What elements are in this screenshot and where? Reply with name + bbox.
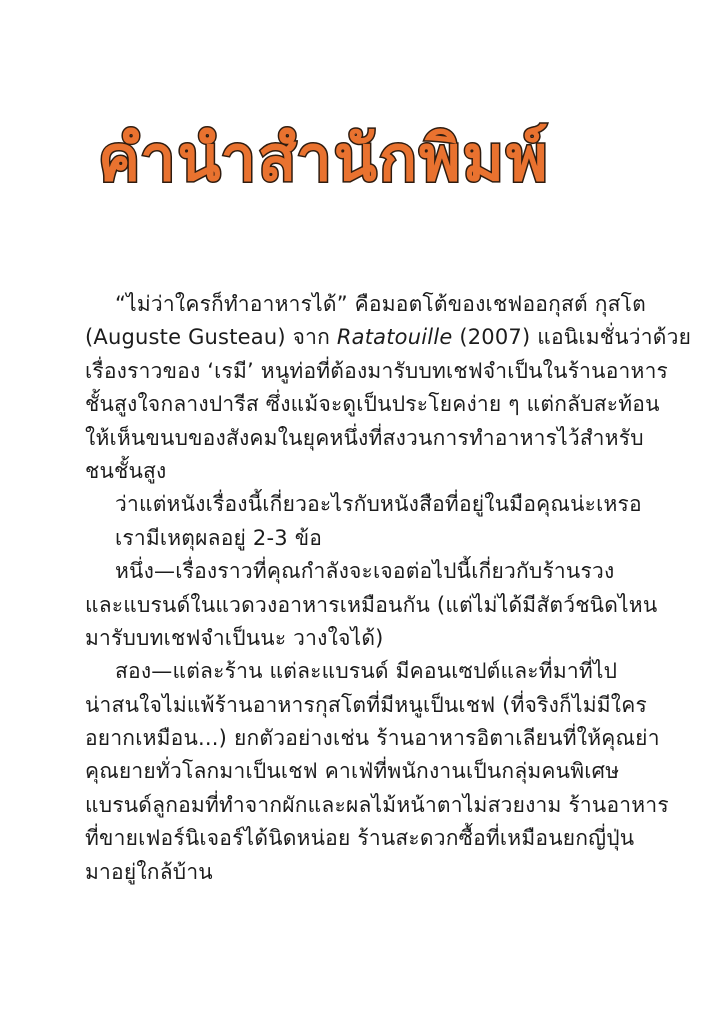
body-line: น่าสนใจไม่แพ้ร้านอาหารกุสโตที่มีหนูเป็นเ… xyxy=(85,689,597,722)
page-title: คำนำสำนักพิมพ์ xyxy=(98,120,550,199)
body-line: แบรนด์ลูกอมที่ทำจากผักและผลไม้หน้าตาไม่ส… xyxy=(85,789,597,822)
body-line: ให้เห็นขนบของสังคมในยุคหนึ่งที่สงวนการทำ… xyxy=(85,422,597,455)
body-line: เรื่องราวของ ‘เรมี’ หนูท่อที่ต้องมารับบท… xyxy=(85,355,597,388)
body-line: สอง—แต่ละร้าน แต่ละแบรนด์ มีคอนเซปต์และท… xyxy=(85,655,597,688)
body-text: “ไม่ว่าใครก็ทำอาหารได้” คือมอตโต้ของเชฟอ… xyxy=(85,288,597,889)
body-line: ชั้นสูงใจกลางปารีส ซึ่งแม้จะดูเป็นประโยค… xyxy=(85,388,597,421)
body-line: ที่ขายเฟอร์นิเจอร์ได้นิดหน่อย ร้านสะดวกซ… xyxy=(85,822,597,855)
book-page: คำนำสำนักพิมพ์ “ไม่ว่าใครก็ทำอาหารได้” ค… xyxy=(0,0,711,1024)
body-line: คุณยายทั่วโลกมาเป็นเชฟ คาเฟ่ที่พนักงานเป… xyxy=(85,755,597,788)
body-line: หนึ่ง—เรื่องราวที่คุณกำลังจะเจอต่อไปนี้เ… xyxy=(85,555,597,588)
body-line: อยากเหมือน...) ยกตัวอย่างเช่น ร้านอาหารอ… xyxy=(85,722,597,755)
movie-title-italic: Ratatouille xyxy=(337,325,453,349)
body-line-segment: (2007) แอนิเมชั่นว่าด้วย xyxy=(452,325,691,349)
body-line: ชนชั้นสูง xyxy=(85,455,597,488)
body-line: มารับบทเชฟจำเป็นนะ วางใจได้) xyxy=(85,622,597,655)
body-line: “ไม่ว่าใครก็ทำอาหารได้” คือมอตโต้ของเชฟอ… xyxy=(85,288,597,321)
body-line: เรามีเหตุผลอยู่ 2-3 ข้อ xyxy=(85,522,597,555)
body-line-segment: (Auguste Gusteau) จาก xyxy=(85,325,337,349)
body-line: และแบรนด์ในแวดวงอาหารเหมือนกัน (แต่ไม่ได… xyxy=(85,589,597,622)
body-line: มาอยู่ใกล้บ้าน xyxy=(85,856,597,889)
body-line: (Auguste Gusteau) จาก Ratatouille (2007)… xyxy=(85,321,597,354)
body-line: ว่าแต่หนังเรื่องนี้เกี่ยวอะไรกับหนังสือท… xyxy=(85,488,597,521)
